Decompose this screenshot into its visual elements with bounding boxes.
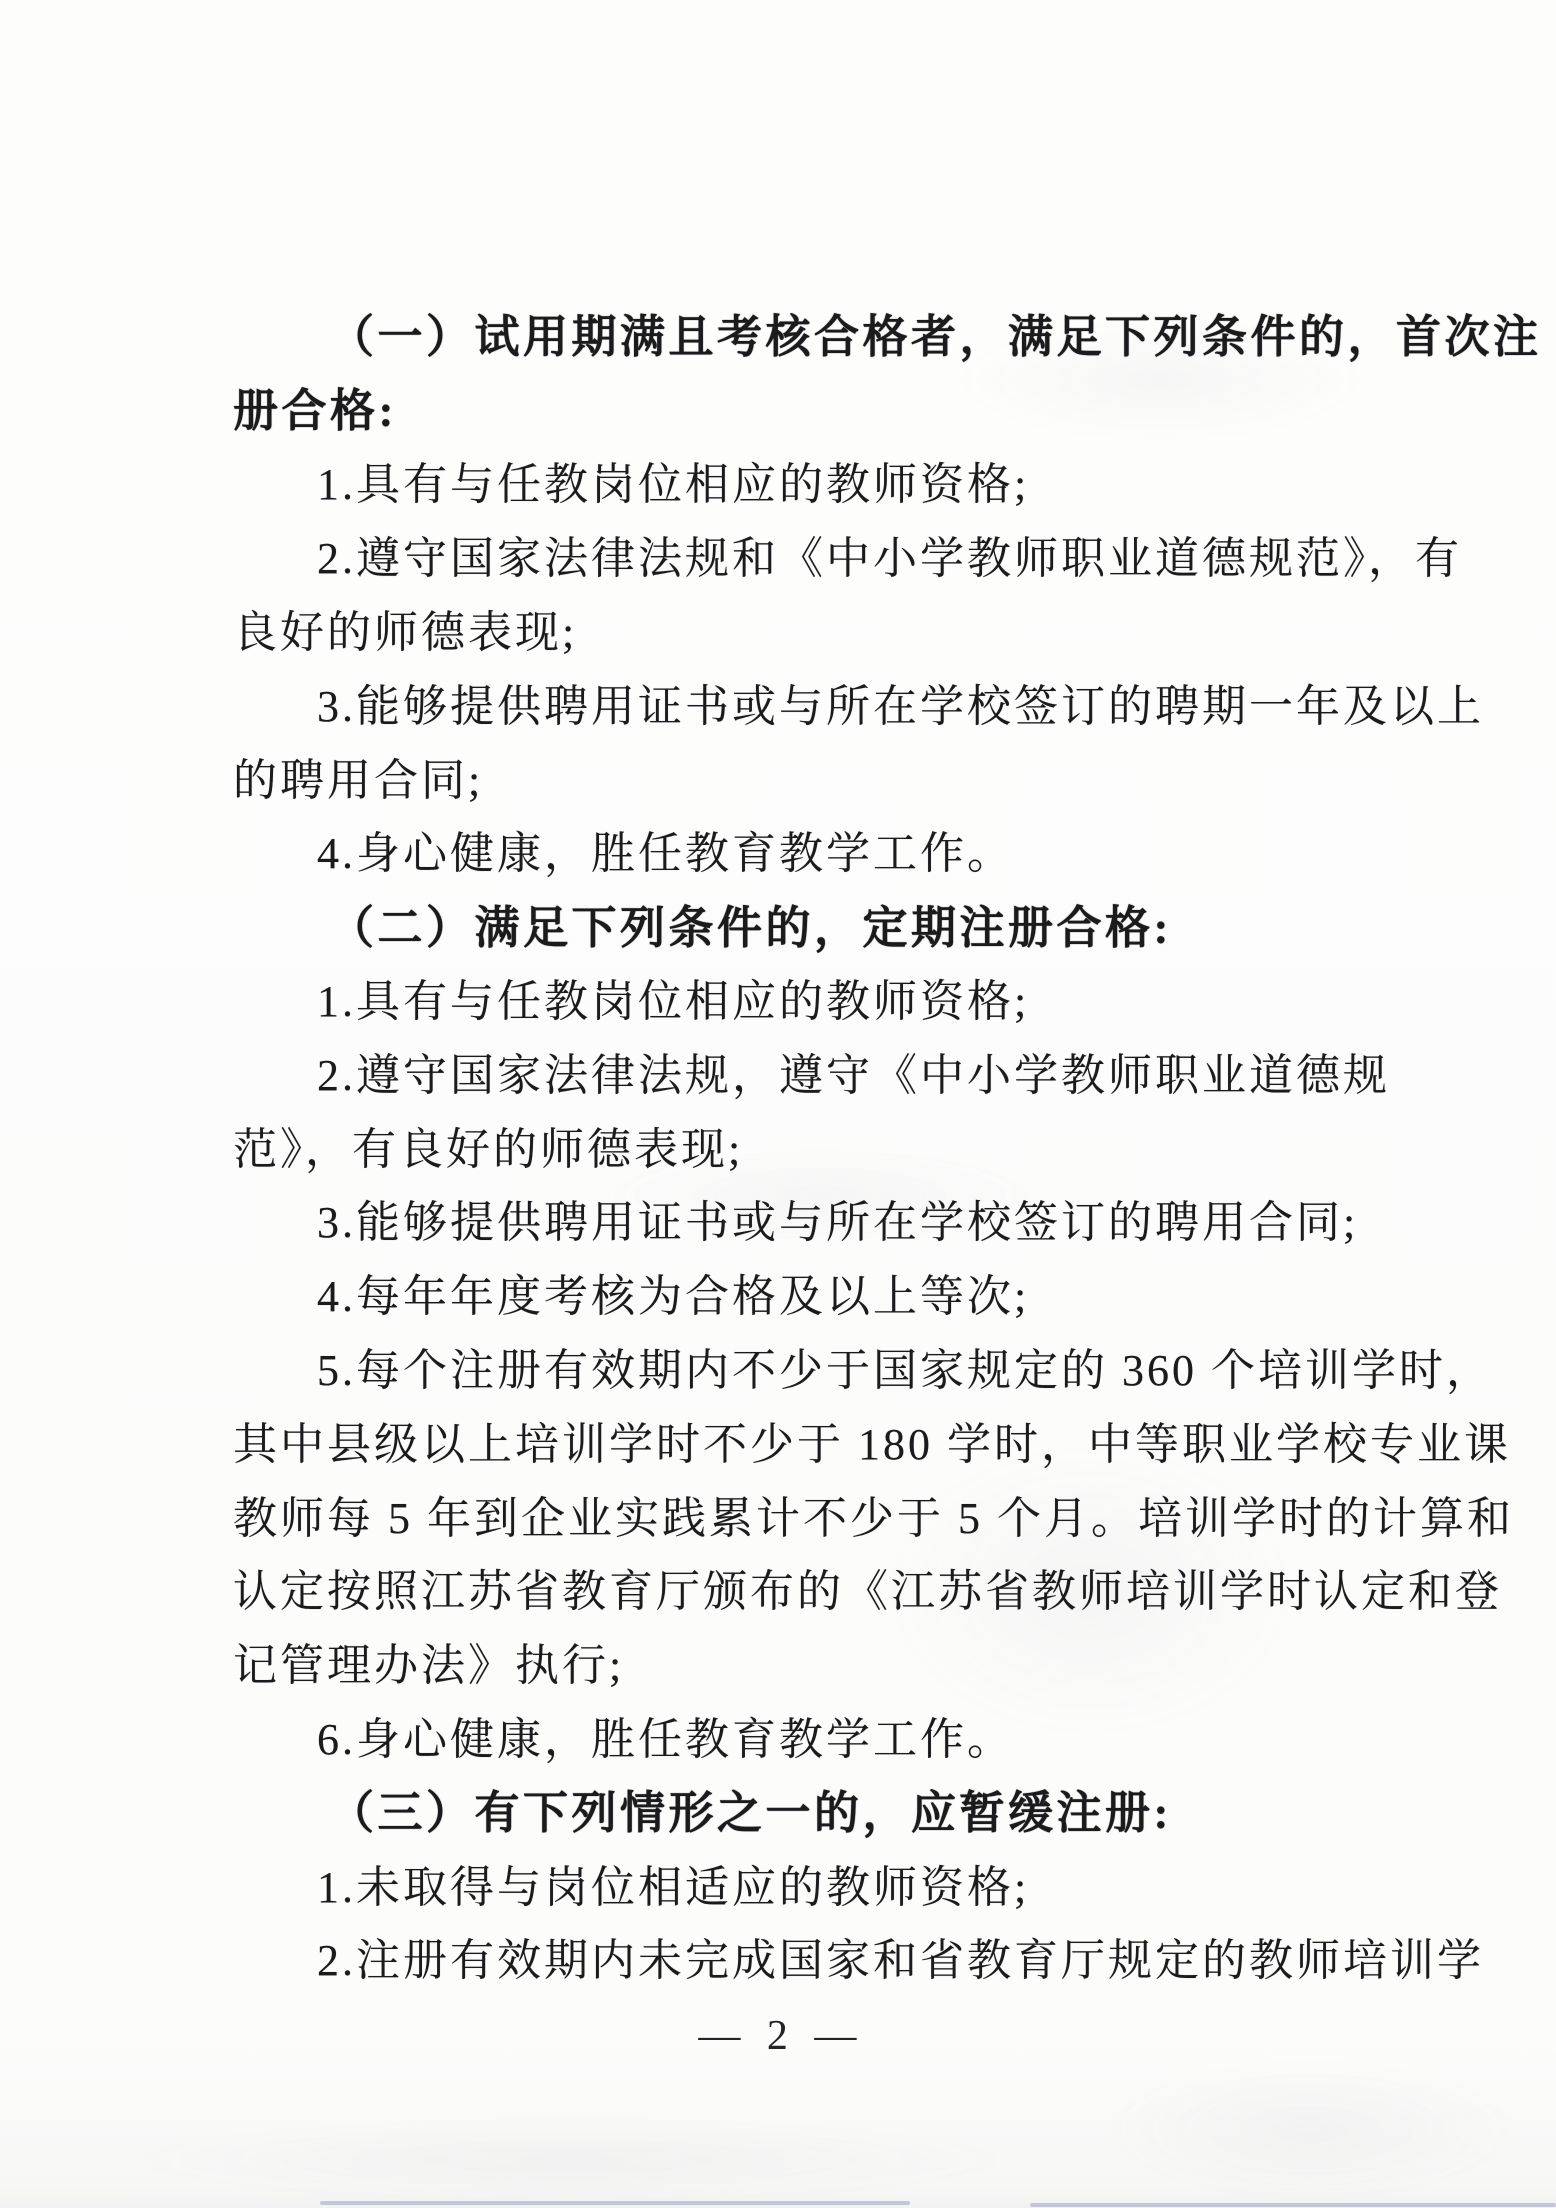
text-line: 其中县级以上培训学时不少于 180 学时，中等职业学校专业课 [233, 1403, 1383, 1477]
text-line: （一）试用期满且考核合格者，满足下列条件的，首次注 [233, 296, 1383, 370]
text-line: 2.注册有效期内未完成国家和省教育厅规定的教师培训学 [233, 1920, 1383, 1994]
text-line: 1.未取得与岗位相适应的教师资格; [233, 1846, 1383, 1920]
text-line: 认定按照江苏省教育厅颁布的《江苏省教师培训学时认定和登 [233, 1551, 1383, 1625]
text-line: （三）有下列情形之一的，应暂缓注册: [233, 1772, 1383, 1846]
text-line: 2.遵守国家法律法规，遵守《中小学教师职业道德规 [233, 1034, 1383, 1108]
text-line: 6.身心健康，胜任教育教学工作。 [233, 1698, 1383, 1772]
text-line: 1.具有与任教岗位相应的教师资格; [233, 960, 1383, 1034]
page-number: — 2 — [698, 2012, 864, 2060]
text-line: 2.遵守国家法律法规和《中小学教师职业道德规范》，有 [233, 517, 1383, 591]
text-line: 5.每个注册有效期内不少于国家规定的 360 个培训学时， [233, 1329, 1383, 1403]
text-line: 的聘用合同; [233, 739, 1383, 813]
scan-edge-artifact [1030, 2203, 1556, 2207]
text-line: 4.每年年度考核为合格及以上等次; [233, 1255, 1383, 1329]
scanned-document-page: （一）试用期满且考核合格者，满足下列条件的，首次注册合格:1.具有与任教岗位相应… [0, 0, 1556, 2208]
text-line: 范》，有良好的师德表现; [233, 1108, 1383, 1182]
text-line: 3.能够提供聘用证书或与所在学校签订的聘期一年及以上 [233, 665, 1383, 739]
document-body: （一）试用期满且考核合格者，满足下列条件的，首次注册合格:1.具有与任教岗位相应… [233, 296, 1383, 1993]
text-line: 4.身心健康，胜任教育教学工作。 [233, 813, 1383, 887]
text-line: 良好的师德表现; [233, 591, 1383, 665]
text-line: 教师每 5 年到企业实践累计不少于 5 个月。培训学时的计算和 [233, 1477, 1383, 1551]
text-line: 3.能够提供聘用证书或与所在学校签订的聘用合同; [233, 1182, 1383, 1256]
text-line: 1.具有与任教岗位相应的教师资格; [233, 444, 1383, 518]
text-line: 记管理办法》执行; [233, 1624, 1383, 1698]
bleed-through-artifact [120, 2120, 1020, 2200]
bleed-through-artifact [1100, 2060, 1520, 2200]
text-line: 册合格: [233, 370, 1383, 444]
text-line: （二）满足下列条件的，定期注册合格: [233, 886, 1383, 960]
scan-edge-artifact [320, 2201, 910, 2205]
